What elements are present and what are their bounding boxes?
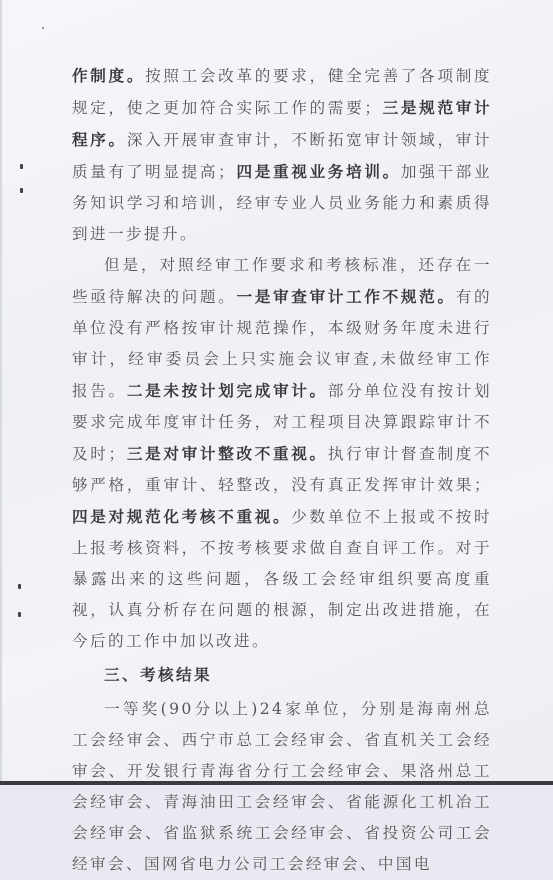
bold-phrase: 三是对审计整改不重视。 [127, 444, 328, 463]
binding-hole-mark [20, 164, 23, 169]
scanned-page: 作制度。按照工会改革的要求，健全完善了各项制度规定，使之更加符合实际工作的需要；… [0, 0, 553, 781]
paragraph-achievements: 作制度。按照工会改革的要求，健全完善了各项制度规定，使之更加符合实际工作的需要；… [72, 60, 492, 250]
scan-speck [42, 27, 44, 29]
bold-phrase: 四是重视业务培训。 [236, 162, 401, 181]
bold-phrase: 四是对规范化考核不重视。 [72, 507, 291, 526]
scan-bottom-edge [0, 781, 553, 785]
text-run: 少数单位不上报或不按时上报考核资料，不按考核要求做自查自评工作。对于暴露出来的这… [72, 508, 492, 650]
paragraph-problems: 但是，对照经审工作要求和考核标准，还存在一些亟待解决的问题。一是审查审计工作不规… [72, 250, 492, 657]
bold-phrase: 二是未按计划完成审计。 [127, 381, 328, 400]
bold-phrase: 一是审查审计工作不规范。 [236, 287, 455, 306]
section-heading: 三、考核结果 [72, 659, 492, 690]
binding-hole-mark [20, 188, 23, 193]
bold-phrase: 作制度。 [72, 66, 145, 85]
binding-hole-mark [18, 584, 21, 589]
document-body: 作制度。按照工会改革的要求，健全完善了各项制度规定，使之更加符合实际工作的需要；… [72, 60, 492, 785]
binding-hole-mark [18, 612, 21, 617]
paragraph-results: 一等奖(90分以上)24家单位，分别是海南州总工会经审会、西宁市总工会经审会、省… [72, 694, 492, 785]
